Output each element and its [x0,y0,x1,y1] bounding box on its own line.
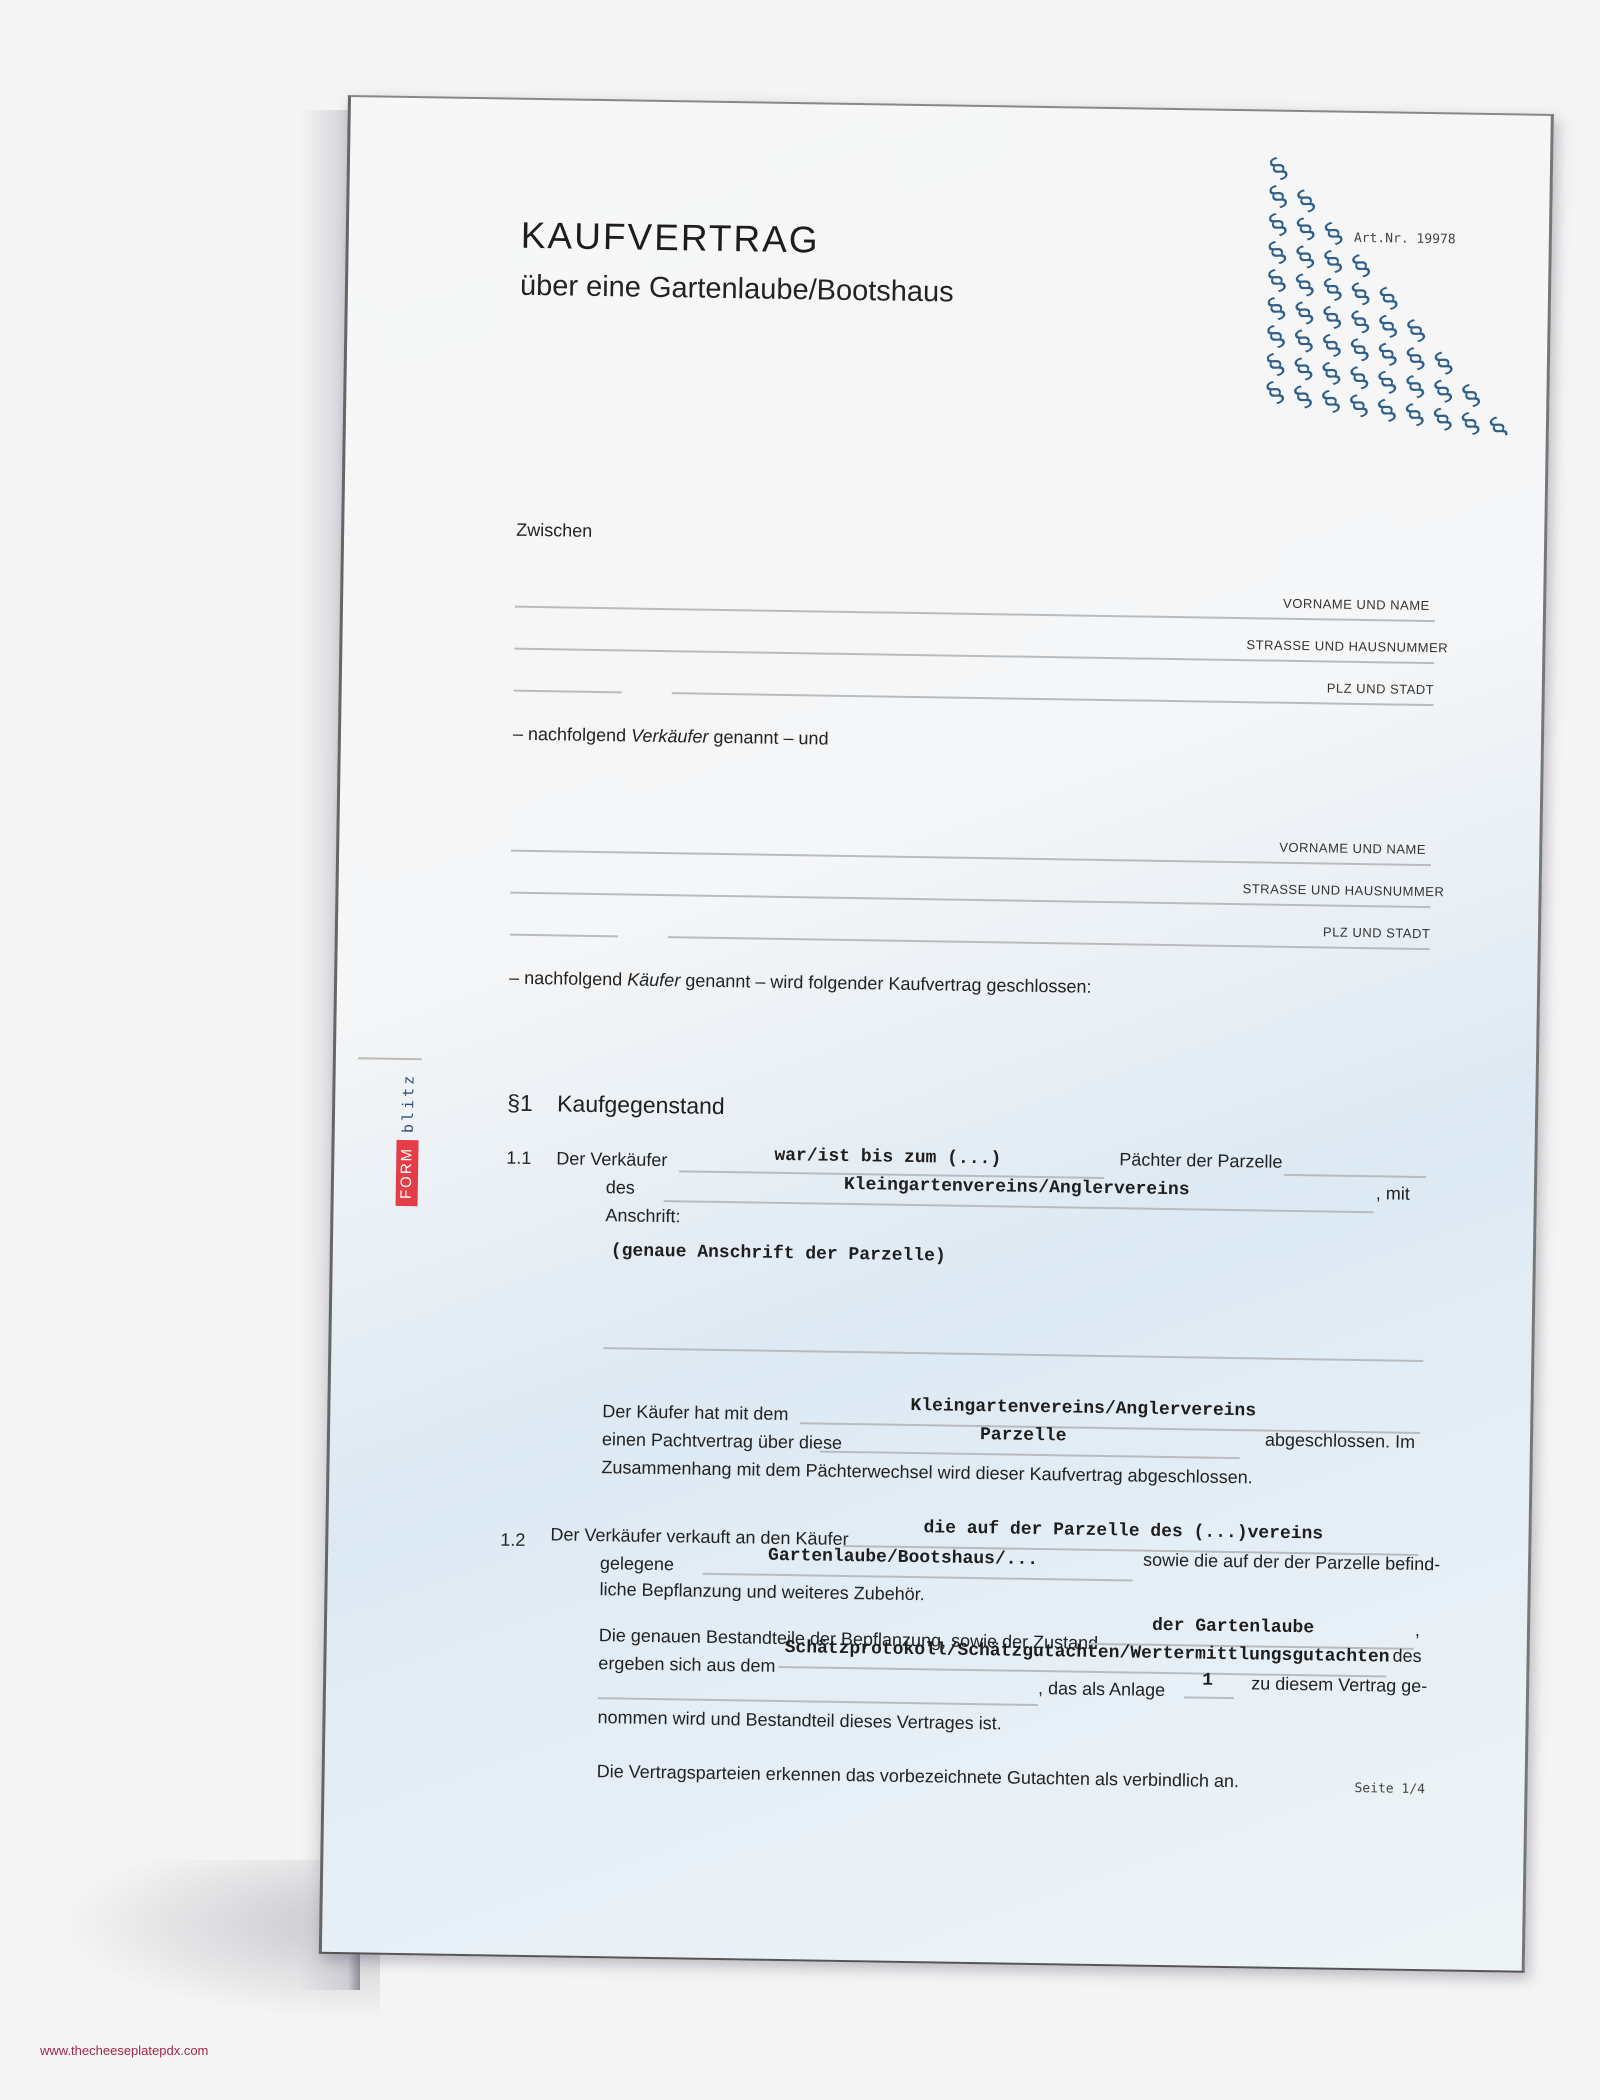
clause-text: zu diesem Vertrag ge- [1251,1673,1427,1697]
logo-form-text: FORM [396,1140,419,1206]
seller-city-field[interactable] [672,692,1434,706]
intro-text: Zwischen [516,520,592,542]
buyer-street-label: STRASSE UND HAUSNUMMER [1243,881,1445,899]
clause-text: , das als Anlage [1038,1678,1165,1701]
buyer-name-label: VORNAME UND NAME [1279,840,1426,857]
field-line[interactable] [603,1347,1423,1362]
field-line[interactable] [598,1697,1038,1706]
field-line[interactable] [703,1573,1133,1582]
clause-text: Der Verkäufer [556,1148,667,1171]
buyer-zip-field[interactable] [510,934,618,938]
clause-1-2-number: 1.2 [500,1530,525,1551]
clause-text: abgeschlossen. Im [1265,1430,1415,1453]
watermark-link[interactable]: www.thecheeseplatepdx.com [40,2043,208,2058]
article-number: Art.Nr. 19978 [1354,231,1456,248]
buyer-city-field[interactable] [668,936,1430,950]
clause-text: Anschrift: [605,1205,680,1227]
clause-text: sowie die auf der der Parzelle befind- [1143,1550,1440,1576]
clause-text: Der Käufer hat mit dem [602,1401,788,1425]
seller-closing-text: – nachfolgend Verkäufer genannt – und [513,724,829,750]
logo-rule [358,1057,422,1060]
paragraph-symbol-pattern-icon: §§§§§§§§§§§§§§§§§§§§§§§§§§§§§§§§§§§§§§§§… [1266,151,1530,435]
clause-1-1-number: 1.1 [506,1148,531,1169]
filled-value: Parzelle [980,1425,1067,1446]
seller-street-label: STRASSE UND HAUSNUMMER [1246,637,1448,655]
document-page: KAUFVERTRAG über eine Gartenlaube/Bootsh… [319,95,1554,1973]
section-number: §1 [507,1090,533,1117]
document-subtitle: über eine Gartenlaube/Bootshaus [520,270,954,310]
clause-text: , mit [1376,1183,1410,1205]
section-heading: Kaufgegenstand [557,1090,725,1120]
seller-name-label: VORNAME UND NAME [1283,596,1430,613]
field-line[interactable] [664,1200,1374,1213]
clause-text: Zusammenhang mit dem Pächterwechsel wird… [601,1457,1253,1488]
field-line[interactable] [1284,1174,1426,1178]
clause-text: Pächter der Parzelle [1119,1149,1282,1173]
filled-value: die auf der Parzelle des (...)vereins [923,1518,1323,1544]
buyer-city-label: PLZ UND STADT [1323,924,1431,941]
clause-text: des [1392,1646,1421,1667]
filled-value: Schätzprotokoll/Schätzgutachten/Wertermi… [785,1638,1390,1667]
annex-number-field[interactable] [1184,1696,1234,1699]
clause-text: ergeben sich aus dem [598,1653,775,1677]
page-number: Seite 1/4 [1354,1781,1425,1797]
formblitz-logo: blitz FORM [396,1058,426,1206]
filled-value: der Gartenlaube [1152,1616,1314,1639]
document-title: KAUFVERTRAG [520,215,819,262]
clause-text: gelegene [600,1553,674,1575]
filled-value: Gartenlaube/Bootshaus/... [768,1546,1038,1570]
field-line[interactable] [820,1451,1240,1460]
seller-city-label: PLZ UND STADT [1327,680,1435,697]
filled-value: (genaue Anschrift der Parzelle) [611,1241,946,1266]
filled-value: war/ist bis zum (...) [774,1146,1001,1170]
clause-text: des [606,1177,635,1198]
seller-zip-field[interactable] [514,690,622,694]
annex-number: 1 [1202,1671,1213,1691]
logo-blitz-text: blitz [397,1066,420,1140]
clause-text: liche Bepflanzung und weiteres Zubehör. [599,1579,925,1605]
clause-text: einen Pachtvertrag über diese [602,1429,842,1454]
buyer-closing-text: – nachfolgend Käufer genannt – wird folg… [509,968,1092,998]
clause-text: nommen wird und Bestandteil dieses Vertr… [597,1707,1001,1734]
clause-text: , [1415,1620,1420,1641]
clause-text: Die Vertragsparteien erkennen das vorbez… [597,1761,1240,1792]
filled-value: Kleingartenvereins/Anglervereins [910,1396,1256,1421]
filled-value: Kleingartenvereins/Anglervereins [844,1175,1190,1200]
